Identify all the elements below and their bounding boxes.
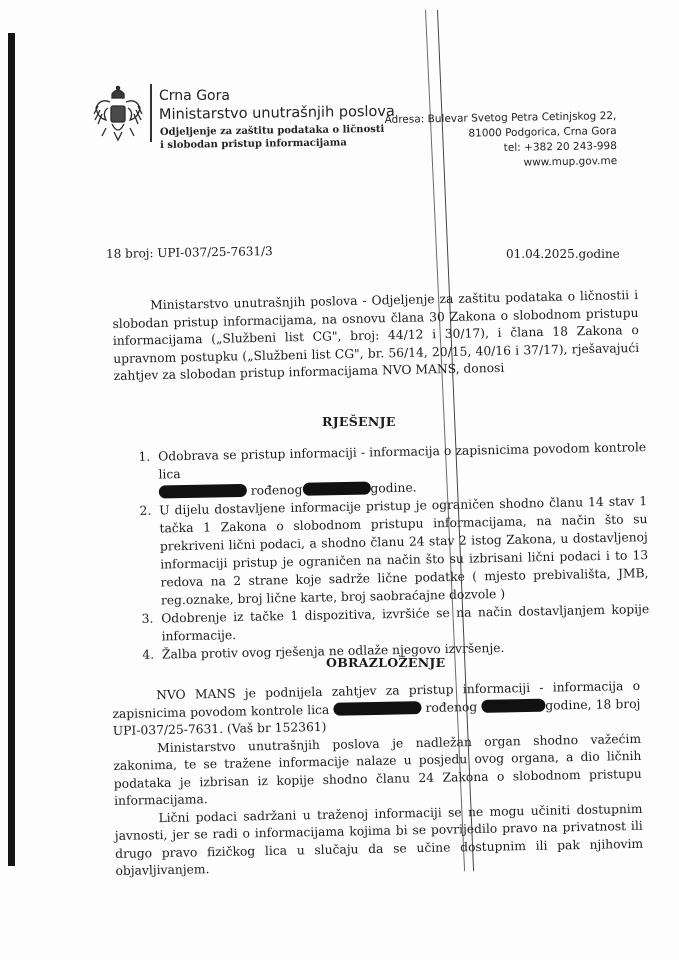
decision-list: Odobrava se pristup informaciji - inform… [134, 438, 650, 664]
reasoning-section: NVO MANS je podnijela zahtjev za pristup… [112, 678, 644, 881]
website: www.mup.gov.me [386, 154, 618, 173]
intro-paragraph: Ministarstvo unutrašnjih poslova - Odjel… [112, 287, 640, 385]
reasoning-paragraph-3: Lični podaci sadržani u traženoj informa… [114, 800, 643, 880]
redaction-block [333, 701, 421, 716]
redaction-block [302, 481, 370, 495]
document-date: 01.04.2025.godine [506, 247, 620, 261]
redaction-block [159, 484, 247, 499]
intro-text: Ministarstvo unutrašnjih poslova - Odjel… [112, 287, 640, 385]
department-line-2: i slobodan pristup informacijama [160, 136, 385, 152]
reasoning-heading: OBRAZLOŽENJE [326, 655, 445, 670]
montenegro-coat-of-arms-icon [92, 84, 144, 142]
decision-item-1: Odobrava se pristup informaciji - inform… [154, 438, 647, 501]
ministry-name: Ministarstvo unutrašnjih poslova [159, 104, 395, 123]
decision-item-2: U dijelu dostavljene informacije pristup… [155, 492, 649, 609]
reasoning-paragraph-2: Ministarstvo unutrašnjih poslova je nadl… [113, 730, 642, 810]
decision-heading: RJEŠENJE [322, 414, 396, 429]
scan-edge-shadow [8, 33, 15, 866]
letterhead-divider [150, 84, 152, 142]
country-name: Crna Gora [159, 88, 230, 104]
department-name: Odjeljenje za zaštitu podataka o ličnost… [160, 123, 385, 152]
address-block: Adresa: Bulevar Svetog Petra Cetinjskog … [385, 109, 618, 173]
redaction-block [481, 698, 545, 712]
reference-number: 18 broj: UPI-037/25-7631/3 [106, 244, 273, 261]
